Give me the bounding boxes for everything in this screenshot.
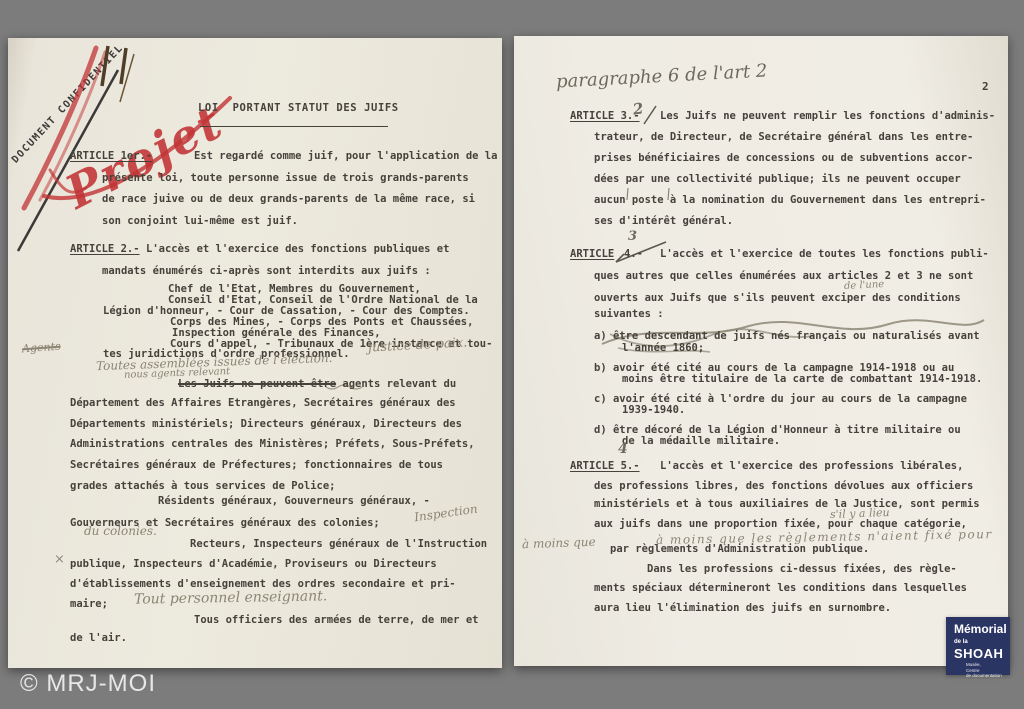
handwritten-note: × xyxy=(54,553,65,566)
typed-line: ouverts aux Juifs que s'ils peuvent exci… xyxy=(594,292,961,305)
handwritten-note: justice de paix. xyxy=(368,336,468,354)
handwritten-note: paragraphe 6 de l'art 2 xyxy=(556,62,768,91)
typed-line: de race juive ou de deux grands-parents … xyxy=(102,193,475,206)
typed-line: Secrétaires généraux de Préfectures; fon… xyxy=(70,459,443,472)
typed-line: mandats énumérés ci-après sont interdits… xyxy=(102,265,431,278)
typed-line: prises bénéficiaires de concessions ou d… xyxy=(594,152,973,165)
handwritten-renumber: 2 xyxy=(632,101,644,117)
logo-line2: de la SHOAH xyxy=(954,635,1010,660)
typed-line: Départements ministériels; Directeurs gé… xyxy=(70,418,462,431)
handwritten-renumber: 4 xyxy=(618,442,628,456)
typed-line: ses d'intérêt général. xyxy=(594,215,733,228)
typed-line-with-strike: Les Juifs ne peuvent être agents relevan… xyxy=(178,378,456,391)
typed-line: des professions libres, des fonctions dé… xyxy=(594,480,973,493)
typed-line: ministériels et à tous auxiliaires de la… xyxy=(594,498,980,511)
typed-line: publique, Inspecteurs d'Académie, Provis… xyxy=(70,558,437,571)
typed-line: Administrations centrales des Ministères… xyxy=(70,438,475,451)
left-page-scan: DOCUMENT CONFIDENTIEL Projet LOI PORTANT… xyxy=(8,38,502,668)
typed-line: L'accès et l'exercice des fonctions publ… xyxy=(146,243,449,256)
article1-label: ARTICLE 1er.- xyxy=(70,150,152,163)
typed-line: Département des Affaires Etrangères, Sec… xyxy=(70,397,456,410)
condition-line: 1939-1940. xyxy=(622,404,685,417)
typed-line: Est regardé comme juif, pour l'applicati… xyxy=(194,150,497,163)
memorial-shoah-logo: Mémorial de la SHOAH Musée, Centre de do… xyxy=(946,617,1010,675)
right-page-scan: paragraphe 6 de l'art 2 2 ARTICLE 3.- 2 … xyxy=(514,36,1008,666)
handwritten-note: de l'une xyxy=(844,280,885,292)
struck-text: Les Juifs ne peuvent être xyxy=(178,378,336,390)
typed-line: Tous officiers des armées de terre, de m… xyxy=(194,614,478,627)
typed-line: dées par une collectivité publique; ils … xyxy=(594,173,961,186)
typed-text: agents relevant du xyxy=(336,378,456,390)
typed-line: grades attachés à tous services de Polic… xyxy=(70,480,336,493)
handwritten-note: Tout personnel enseignant. xyxy=(134,589,327,606)
handwritten-note: Agents xyxy=(22,341,61,355)
typed-line: de l'air. xyxy=(70,632,127,645)
condition-line: l'année 1860; xyxy=(622,342,704,355)
logo-line1: Mémorial xyxy=(954,624,1010,635)
typed-line: aura lieu l'élimination des juifs en sur… xyxy=(594,602,891,615)
article2-label: ARTICLE 2.- xyxy=(70,243,140,256)
condition-line: de la médaille militaire. xyxy=(622,435,780,448)
logo-shoah: SHOAH xyxy=(954,646,1003,661)
typed-line: suivantes : xyxy=(594,308,664,321)
typed-line: L'accès et l'exercice de toutes les fonc… xyxy=(660,248,989,261)
handwritten-renumber: 3 xyxy=(628,230,637,243)
typed-line: maire; xyxy=(70,598,108,611)
document-title: LOI PORTANT STATUT DES JUIFS xyxy=(198,102,399,115)
handwritten-note: s'il y a lieu xyxy=(830,507,890,520)
article5-label: ARTICLE 5.- xyxy=(570,460,640,473)
copyright-watermark: © MRJ-MOI xyxy=(20,670,156,698)
typed-line: par règlements d'Administration publique… xyxy=(610,543,869,556)
typed-line: trateur, de Directeur, de Secrétaire gén… xyxy=(594,131,973,144)
typed-line: Recteurs, Inspecteurs généraux de l'Inst… xyxy=(190,538,487,551)
typed-line: ments spéciaux détermineront les conditi… xyxy=(594,582,967,595)
logo-de-la: de la xyxy=(954,639,968,645)
condition-line: moins être titulaire de la carte de comb… xyxy=(622,373,982,386)
title-underline xyxy=(200,126,388,127)
article4-label: ARTICLE xyxy=(570,248,614,261)
typed-line: Résidents généraux, Gouverneurs généraux… xyxy=(158,495,430,508)
handwritten-note: du colonies. xyxy=(84,525,157,537)
article4-number-struck: 4.- xyxy=(624,248,643,261)
typed-line: L'accès et l'exercice des professions li… xyxy=(660,460,963,473)
typed-line: présente loi, toute personne issue de tr… xyxy=(102,172,469,185)
typed-line: Dans les professions ci-dessus fixées, d… xyxy=(647,563,957,576)
article3-label: ARTICLE 3.- xyxy=(570,110,640,123)
handwritten-note: à moins que xyxy=(522,536,596,551)
page-number: 2 xyxy=(982,80,989,93)
typed-line: Les Juifs ne peuvent remplir les fonctio… xyxy=(660,110,995,123)
typed-line: son conjoint lui-même est juif. xyxy=(102,215,298,228)
typed-line: aucun poste à la nomination du Gouvernem… xyxy=(594,194,986,207)
typed-line: ques autres que celles énumérées aux art… xyxy=(594,270,973,283)
logo-subtitle: Musée, Centre de documentation xyxy=(966,662,1010,679)
